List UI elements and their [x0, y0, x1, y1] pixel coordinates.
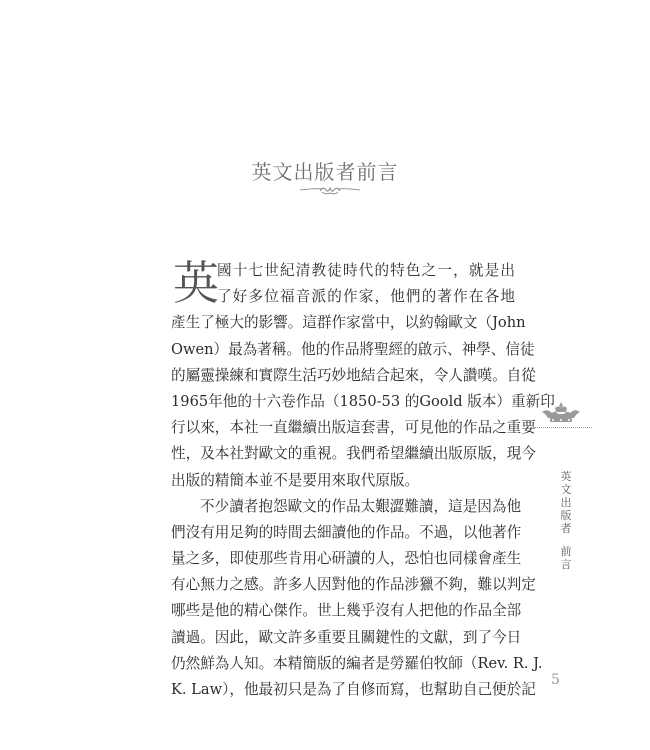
text-line: 了好多位福音派的作家，他們的著作在各地 — [171, 284, 515, 310]
body-text: 英 國十七世紀清教徒時代的特色之一，就是出 了好多位福音派的作家，他們的著作在各… — [171, 258, 515, 703]
text-line: 仍然鮮為人知。本精簡版的編者是勞羅伯牧師（Rev. R. J. — [171, 651, 515, 677]
divider — [530, 427, 592, 428]
text-line: 產生了極大的影響。這群作家當中，以約翰歐文（John — [171, 310, 515, 336]
text-line: 國十七世紀清教徒時代的特色之一，就是出 — [171, 258, 515, 284]
crown-icon — [536, 400, 586, 426]
running-header-char: 前 — [558, 545, 574, 558]
running-header-char: 出 — [558, 496, 574, 509]
text-line: 不少讀者抱怨歐文的作品太艱澀難讀，這是因為他 — [171, 494, 515, 520]
text-line: 量之多，即使那些肯用心研讀的人，恐怕也同樣會產生 — [171, 546, 515, 572]
running-header-char: 言 — [558, 558, 574, 571]
text-line: 出版的精簡本並不是要用來取代原版。 — [171, 468, 515, 494]
text-line: 性，及本社對歐文的重視。我們希望繼續出版原版，現今 — [171, 441, 515, 467]
text-line: 行以來，本社一直繼續出版這套書，可見他的作品之重要 — [171, 415, 515, 441]
text-line: 的屬靈操練和實際生活巧妙地結合起來，令人讚嘆。自從 — [171, 363, 515, 389]
text-line: 有心無力之感。許多人因對他的作品涉獵不夠，難以判定 — [171, 572, 515, 598]
running-header-char: 文 — [558, 483, 574, 496]
text-line: 1965年他的十六卷作品（1850-53 的Goold 版本）重新印 — [171, 389, 515, 415]
page-title: 英文出版者前言 — [0, 156, 650, 185]
text-line: Owen）最為著稱。他的作品將聖經的啟示、神學、信徒 — [171, 337, 515, 363]
running-header: 英 文 出 版 者 前 言 — [558, 470, 574, 571]
drop-cap: 英 — [173, 260, 219, 306]
text-line: 讀過。因此，歐文許多重要且關鍵性的文獻，到了今日 — [171, 625, 515, 651]
paragraph-2: 不少讀者抱怨歐文的作品太艱澀難讀，這是因為他 們沒有用足夠的時間去細讀他的作品。… — [171, 494, 515, 704]
running-header-char: 者 — [558, 522, 574, 535]
running-header-char: 版 — [558, 509, 574, 522]
paragraph-1: 英 國十七世紀清教徒時代的特色之一，就是出 了好多位福音派的作家，他們的著作在各… — [171, 258, 515, 494]
page-number: 5 — [551, 672, 560, 688]
running-header-char: 英 — [558, 470, 574, 483]
text-line: 哪些是他的精心傑作。世上幾乎沒有人把他的作品全部 — [171, 598, 515, 624]
flourish-divider-icon — [300, 183, 360, 197]
text-line: K. Law），他最初只是為了自修而寫，也幫助自己便於記 — [171, 677, 515, 703]
text-line: 們沒有用足夠的時間去細讀他的作品。不過，以他著作 — [171, 520, 515, 546]
